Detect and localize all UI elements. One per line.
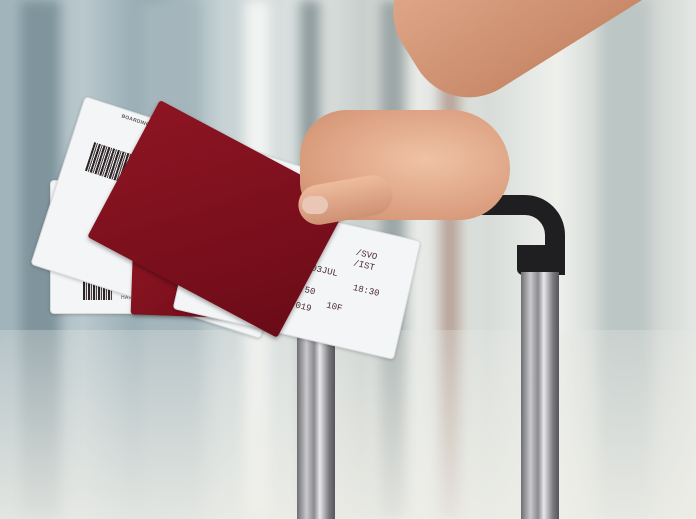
terminal-floor: [0, 330, 696, 519]
seat: 10F: [325, 300, 343, 313]
photo-scene: K GA 2 HAVE A BOARDING PASS /SVO /IST 03…: [0, 0, 696, 519]
thumbnail: [302, 196, 328, 214]
pass-number: 019: [294, 301, 312, 314]
suitcase-handle-cap: [517, 245, 563, 275]
departure-time: 18:30: [352, 283, 381, 299]
suitcase-pole-right: [521, 272, 559, 519]
